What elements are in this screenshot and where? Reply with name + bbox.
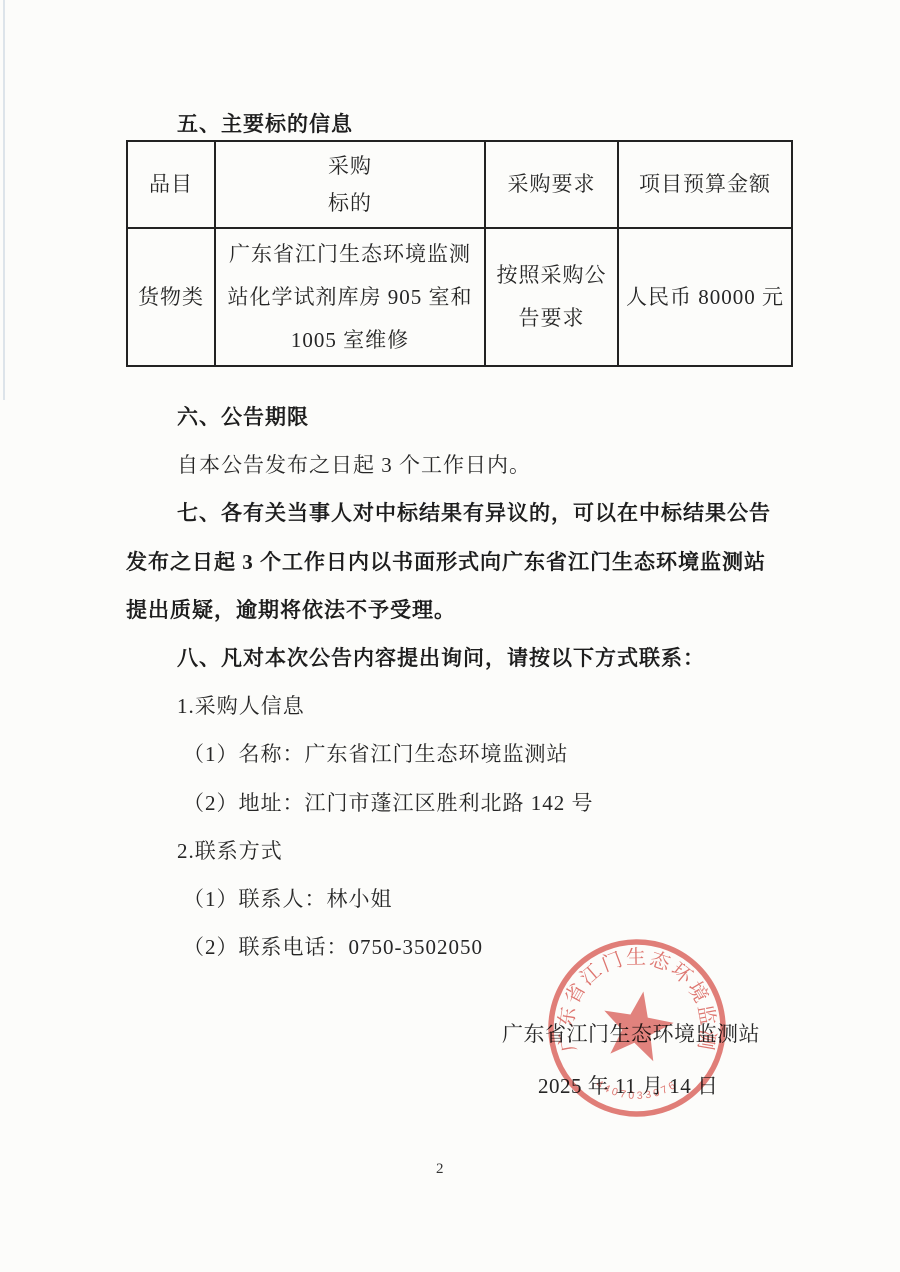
cell-budget: 人民币 80000 元 xyxy=(618,228,792,366)
document-page: 五、主要标的信息 品目 采购 标的 采购要求 项目预算金额 货物类 广东省江门生… xyxy=(0,0,900,1272)
header-cell-subject: 采购 标的 xyxy=(215,141,485,228)
section5-heading: 五、主要标的信息 xyxy=(177,111,353,137)
section7-line3: 提出质疑，逾期将依法不予受理。 xyxy=(126,597,456,623)
cell-subject: 广东省江门生态环境监测 站化学试剂库房 905 室和 1005 室维修 xyxy=(215,228,485,366)
subject-info-table: 品目 采购 标的 采购要求 项目预算金额 货物类 广东省江门生态环境监测 站化学… xyxy=(126,140,793,367)
table-header-row: 品目 采购 标的 采购要求 项目预算金额 xyxy=(127,141,792,228)
signature-date: 2025 年 11 月 14 日 xyxy=(538,1073,718,1099)
contact-person: （1）联系人：林小姐 xyxy=(183,886,393,912)
signature-org: 广东省江门生态环境监测站 xyxy=(502,1021,760,1047)
cell-item: 货物类 xyxy=(127,228,215,366)
section7-line2: 发布之日起 3 个工作日内以书面形式向广东省江门生态环境监测站 xyxy=(126,549,766,575)
buyer-address: （2）地址：江门市蓬江区胜利北路 142 号 xyxy=(183,790,594,816)
header-cell-budget: 项目预算金额 xyxy=(618,141,792,228)
contact-phone: （2）联系电话：0750-3502050 xyxy=(183,934,483,960)
buyer-info-heading: 1.采购人信息 xyxy=(177,693,305,719)
page-number: 2 xyxy=(436,1161,444,1178)
header-cell-requirement: 采购要求 xyxy=(485,141,618,228)
section6-heading: 六、公告期限 xyxy=(177,404,309,430)
cell-requirement: 按照采购公 告要求 xyxy=(485,228,618,366)
buyer-name: （1）名称：广东省江门生态环境监测站 xyxy=(183,741,569,767)
header-cell-item: 品目 xyxy=(127,141,215,228)
scan-artifact-line xyxy=(3,0,5,400)
table-row: 货物类 广东省江门生态环境监测 站化学试剂库房 905 室和 1005 室维修 … xyxy=(127,228,792,366)
section7-line1: 七、各有关当事人对中标结果有异议的，可以在中标结果公告 xyxy=(177,500,771,526)
contact-method-heading: 2.联系方式 xyxy=(177,838,283,864)
section8-heading: 八、凡对本次公告内容提出询问，请按以下方式联系： xyxy=(177,645,705,671)
section6-body: 自本公告发布之日起 3 个工作日内。 xyxy=(177,452,531,478)
